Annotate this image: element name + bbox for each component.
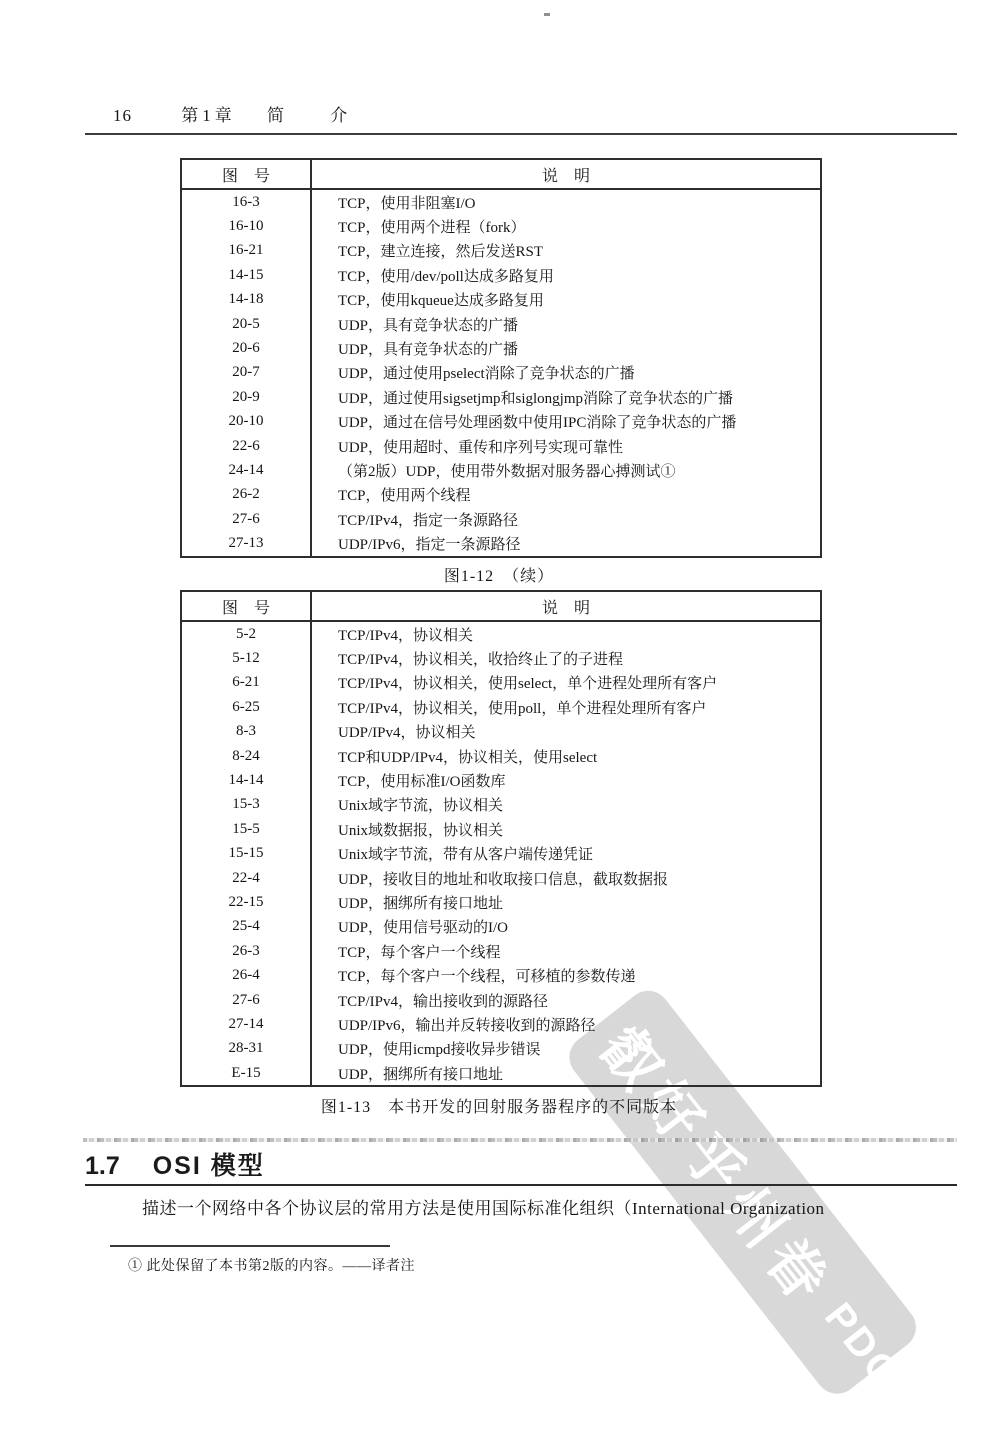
figure-number-cell: 26-3	[182, 939, 312, 963]
description-cell: TCP，每个客户一个线程	[312, 939, 820, 963]
table-row: 28-31 UDP，使用icmpd接收异步错误	[182, 1037, 820, 1061]
figure-number-cell: 27-6	[182, 988, 312, 1012]
description-cell: TCP/IPv4，协议相关，使用select，单个进程处理所有客户	[312, 671, 820, 695]
description-cell: UDP，具有竞争状态的广播	[312, 312, 820, 336]
table-row: 27-6 TCP/IPv4，指定一条源路径	[182, 507, 820, 531]
description-cell: TCP，每个客户一个线程，可移植的参数传递	[312, 963, 820, 987]
figure-number-cell: 22-6	[182, 434, 312, 458]
figure-number-cell: 16-21	[182, 239, 312, 263]
chapter-title-char-1: 简	[267, 106, 285, 125]
figure-number-cell: 8-24	[182, 744, 312, 768]
description-cell: UDP，接收目的地址和收取接口信息，截取数据报	[312, 866, 820, 890]
table-row: 26-2 TCP，使用两个线程	[182, 483, 820, 507]
figure-number-cell: 14-15	[182, 263, 312, 287]
figure-number-cell: 26-2	[182, 483, 312, 507]
table-body: 16-3 TCP，使用非阻塞I/O 16-10 TCP，使用两个进程（fork）…	[182, 190, 820, 556]
description-cell: TCP/IPv4，协议相关，收拾终止了的子进程	[312, 646, 820, 670]
page-number: 16	[113, 106, 132, 125]
table-row: 20-5 UDP，具有竞争状态的广播	[182, 312, 820, 336]
figure-number-cell: 14-14	[182, 768, 312, 792]
description-cell: TCP，使用/dev/poll达成多路复用	[312, 263, 820, 287]
table-row: 20-7 UDP，通过使用pselect消除了竞争状态的广播	[182, 361, 820, 385]
table-header-row: 图 号 说 明	[182, 592, 820, 622]
translator-footnote: ① 此处保留了本书第2版的内容。——译者注	[128, 1255, 415, 1275]
figure-number-cell: 20-5	[182, 312, 312, 336]
figure-table-1-12-continued: 图 号 说 明 16-3 TCP，使用非阻塞I/O 16-10 TCP，使用两个…	[180, 158, 822, 558]
description-cell: TCP，使用kqueue达成多路复用	[312, 288, 820, 312]
figure-number-cell: 27-6	[182, 507, 312, 531]
figure-number-cell: 14-18	[182, 288, 312, 312]
table-row: 5-12 TCP/IPv4，协议相关，收拾终止了的子进程	[182, 646, 820, 670]
table-row: 14-14 TCP，使用标准I/O函数库	[182, 768, 820, 792]
description-cell: TCP，使用非阻塞I/O	[312, 190, 820, 214]
table-row: 22-15 UDP，捆绑所有接口地址	[182, 890, 820, 914]
description-cell: UDP，使用icmpd接收异步错误	[312, 1037, 820, 1061]
description-cell: TCP/IPv4，输出接收到的源路径	[312, 988, 820, 1012]
figure-number-cell: 22-15	[182, 890, 312, 914]
figure-number-cell: 26-4	[182, 963, 312, 987]
table-row: 14-15 TCP，使用/dev/poll达成多路复用	[182, 263, 820, 287]
table-row: 15-5 Unix域数据报，协议相关	[182, 817, 820, 841]
description-cell: UDP/IPv4，协议相关	[312, 720, 820, 744]
table-row: 16-3 TCP，使用非阻塞I/O	[182, 190, 820, 214]
description-cell: UDP，使用信号驱动的I/O	[312, 915, 820, 939]
description-cell: （第2版）UDP，使用带外数据对服务器心搏测试①	[312, 458, 820, 482]
figure-number-cell: 15-15	[182, 842, 312, 866]
description-cell: Unix域字节流，协议相关	[312, 793, 820, 817]
scan-artifact-speck	[544, 13, 550, 16]
figure-number-cell: 20-7	[182, 361, 312, 385]
table-row: 14-18 TCP，使用kqueue达成多路复用	[182, 288, 820, 312]
description-cell: TCP/IPv4，协议相关	[312, 622, 820, 646]
table-row: 8-24 TCP和UDP/IPv4，协议相关，使用select	[182, 744, 820, 768]
table-row: 26-4 TCP，每个客户一个线程，可移植的参数传递	[182, 963, 820, 987]
table-header-row: 图 号 说 明	[182, 160, 820, 190]
section-heading-1-7: 1.7 OSI 模型	[85, 1146, 265, 1182]
table-row: 26-3 TCP，每个客户一个线程	[182, 939, 820, 963]
figure-number-cell: 5-12	[182, 646, 312, 670]
table-row: 27-13 UDP/IPv6，指定一条源路径	[182, 531, 820, 555]
table-row: 6-21 TCP/IPv4，协议相关，使用select，单个进程处理所有客户	[182, 671, 820, 695]
running-head: 16 第1章 简 介	[85, 101, 957, 135]
table-row: 5-2 TCP/IPv4，协议相关	[182, 622, 820, 646]
description-cell: Unix域数据报，协议相关	[312, 817, 820, 841]
description-cell: UDP，通过使用pselect消除了竞争状态的广播	[312, 361, 820, 385]
description-cell: UDP，捆绑所有接口地址	[312, 1061, 820, 1085]
table-row: 16-10 TCP，使用两个进程（fork）	[182, 214, 820, 238]
table-row: 20-10 UDP，通过在信号处理函数中使用IPC消除了竞争状态的广播	[182, 410, 820, 434]
table-row: 6-25 TCP/IPv4，协议相关，使用poll，单个进程处理所有客户	[182, 695, 820, 719]
scan-texture-line	[83, 1138, 957, 1142]
table-row: 25-4 UDP，使用信号驱动的I/O	[182, 915, 820, 939]
figure-table-1-13: 图 号 说 明 5-2 TCP/IPv4，协议相关 5-12 TCP/IPv4，…	[180, 590, 822, 1087]
description-cell: TCP，建立连接，然后发送RST	[312, 239, 820, 263]
body-paragraph: 描述一个网络中各个协议层的常用方法是使用国际标准化组织（Internationa…	[108, 1196, 908, 1222]
figure-number-cell: 6-25	[182, 695, 312, 719]
figure-number-cell: E-15	[182, 1061, 312, 1085]
watermark-pdg-label: PDG	[816, 1295, 910, 1398]
figure-number-cell: 6-21	[182, 671, 312, 695]
column-header-figure-number: 图 号	[182, 592, 312, 620]
description-cell: UDP/IPv6，输出并反转接收到的源路径	[312, 1012, 820, 1036]
figure-number-cell: 15-5	[182, 817, 312, 841]
description-cell: UDP/IPv6，指定一条源路径	[312, 531, 820, 555]
table-row: 27-14 UDP/IPv6，输出并反转接收到的源路径	[182, 1012, 820, 1036]
figure-1-13-caption: 图1-13 本书开发的回射服务器程序的不同版本	[180, 1094, 818, 1117]
figure-1-12-caption: 图1-12 （续）	[180, 563, 818, 586]
table-body: 5-2 TCP/IPv4，协议相关 5-12 TCP/IPv4，协议相关，收拾终…	[182, 622, 820, 1085]
table-row: 22-6 UDP，使用超时、重传和序列号实现可靠性	[182, 434, 820, 458]
description-cell: UDP，使用超时、重传和序列号实现可靠性	[312, 434, 820, 458]
figure-number-cell: 8-3	[182, 720, 312, 744]
chapter-title-char-2: 介	[330, 106, 348, 125]
figure-number-cell: 28-31	[182, 1037, 312, 1061]
description-cell: TCP/IPv4，指定一条源路径	[312, 507, 820, 531]
table-row: 15-3 Unix域字节流，协议相关	[182, 793, 820, 817]
column-header-description: 说 明	[312, 592, 820, 620]
column-header-figure-number: 图 号	[182, 160, 312, 188]
section-heading-underline	[85, 1184, 957, 1186]
table-row: 15-15 Unix域字节流，带有从客户端传递凭证	[182, 842, 820, 866]
figure-number-cell: 20-6	[182, 336, 312, 360]
figure-number-cell: 20-9	[182, 385, 312, 409]
table-row: 27-6 TCP/IPv4，输出接收到的源路径	[182, 988, 820, 1012]
section-number: 1.7	[85, 1152, 120, 1180]
table-row: 20-6 UDP，具有竞争状态的广播	[182, 336, 820, 360]
description-cell: UDP，通过在信号处理函数中使用IPC消除了竞争状态的广播	[312, 410, 820, 434]
figure-number-cell: 20-10	[182, 410, 312, 434]
figure-number-cell: 16-10	[182, 214, 312, 238]
table-row: 8-3 UDP/IPv4，协议相关	[182, 720, 820, 744]
figure-number-cell: 22-4	[182, 866, 312, 890]
description-cell: Unix域字节流，带有从客户端传递凭证	[312, 842, 820, 866]
description-cell: TCP和UDP/IPv4，协议相关，使用select	[312, 744, 820, 768]
table-row: 20-9 UDP，通过使用sigsetjmp和siglongjmp消除了竞争状态…	[182, 385, 820, 409]
figure-number-cell: 24-14	[182, 458, 312, 482]
column-header-description: 说 明	[312, 160, 820, 188]
section-title: OSI 模型	[153, 1152, 265, 1180]
chapter-label: 第1章	[181, 106, 236, 125]
footnote-separator-rule	[110, 1245, 390, 1247]
figure-number-cell: 16-3	[182, 190, 312, 214]
figure-number-cell: 15-3	[182, 793, 312, 817]
description-cell: UDP，捆绑所有接口地址	[312, 890, 820, 914]
figure-number-cell: 27-14	[182, 1012, 312, 1036]
figure-number-cell: 27-13	[182, 531, 312, 555]
description-cell: UDP，具有竞争状态的广播	[312, 336, 820, 360]
table-row: 22-4 UDP，接收目的地址和收取接口信息，截取数据报	[182, 866, 820, 890]
description-cell: TCP/IPv4，协议相关，使用poll，单个进程处理所有客户	[312, 695, 820, 719]
description-cell: TCP，使用两个线程	[312, 483, 820, 507]
description-cell: TCP，使用标准I/O函数库	[312, 768, 820, 792]
table-row: E-15 UDP，捆绑所有接口地址	[182, 1061, 820, 1085]
table-row: 16-21 TCP，建立连接，然后发送RST	[182, 239, 820, 263]
figure-number-cell: 5-2	[182, 622, 312, 646]
description-cell: UDP，通过使用sigsetjmp和siglongjmp消除了竞争状态的广播	[312, 385, 820, 409]
table-row: 24-14 （第2版）UDP，使用带外数据对服务器心搏测试①	[182, 458, 820, 482]
description-cell: TCP，使用两个进程（fork）	[312, 214, 820, 238]
figure-number-cell: 25-4	[182, 915, 312, 939]
